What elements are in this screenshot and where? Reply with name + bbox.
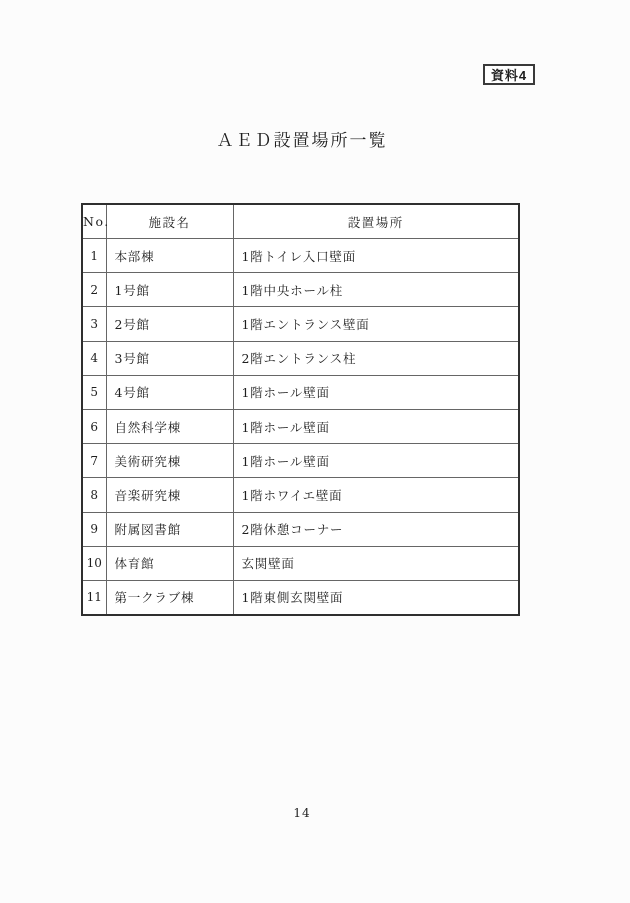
table-header-row: No. 施設名 設置場所 <box>82 204 519 239</box>
table-row: 2 1号館 1階中央ホール柱 <box>82 273 519 307</box>
column-header-facility: 施設名 <box>106 204 233 239</box>
cell-facility-name: 美術研究棟 <box>106 444 233 478</box>
table-row: 4 3号館 2階エントランス柱 <box>82 341 519 375</box>
table-row: 10 体育館 玄関壁面 <box>82 546 519 580</box>
table-row: 8 音楽研究棟 1階ホワイエ壁面 <box>82 478 519 512</box>
cell-row-number: 11 <box>82 580 106 615</box>
table-row: 6 自然科学棟 1階ホール壁面 <box>82 409 519 443</box>
cell-row-number: 2 <box>82 273 106 307</box>
cell-facility-name: 音楽研究棟 <box>106 478 233 512</box>
cell-installation-location: 2階エントランス柱 <box>233 341 519 375</box>
cell-facility-name: 本部棟 <box>106 239 233 273</box>
cell-row-number: 4 <box>82 341 106 375</box>
cell-installation-location: 1階東側玄関壁面 <box>233 580 519 615</box>
page-title: ＡＥＤ設置場所一覧 <box>0 126 604 151</box>
cell-facility-name: 自然科学棟 <box>106 409 233 443</box>
table-row: 3 2号館 1階エントランス壁面 <box>82 307 519 341</box>
cell-installation-location: 1階ホワイエ壁面 <box>233 478 519 512</box>
cell-installation-location: 1階ホール壁面 <box>233 409 519 443</box>
cell-row-number: 1 <box>82 239 106 273</box>
cell-installation-location: 1階中央ホール柱 <box>233 273 519 307</box>
column-header-location: 設置場所 <box>233 204 519 239</box>
cell-installation-location: 1階ホール壁面 <box>233 375 519 409</box>
cell-row-number: 8 <box>82 478 106 512</box>
table-row: 9 附属図書館 2階休憩コーナー <box>82 512 519 546</box>
document-label: 資料4 <box>491 65 527 84</box>
cell-row-number: 3 <box>82 307 106 341</box>
aed-locations-table: No. 施設名 設置場所 1 本部棟 1階トイレ入口壁面 2 1号館 1階中央ホ… <box>81 203 520 616</box>
cell-facility-name: 附属図書館 <box>106 512 233 546</box>
cell-row-number: 10 <box>82 546 106 580</box>
cell-facility-name: 3号館 <box>106 341 233 375</box>
document-label-box: 資料4 <box>483 64 535 85</box>
cell-installation-location: 1階トイレ入口壁面 <box>233 239 519 273</box>
table-row: 7 美術研究棟 1階ホール壁面 <box>82 444 519 478</box>
cell-facility-name: 4号館 <box>106 375 233 409</box>
cell-row-number: 5 <box>82 375 106 409</box>
cell-installation-location: 2階休憩コーナー <box>233 512 519 546</box>
cell-facility-name: 2号館 <box>106 307 233 341</box>
table-row: 11 第一クラブ棟 1階東側玄関壁面 <box>82 580 519 615</box>
cell-facility-name: 1号館 <box>106 273 233 307</box>
cell-installation-location: 玄関壁面 <box>233 546 519 580</box>
cell-installation-location: 1階エントランス壁面 <box>233 307 519 341</box>
cell-row-number: 9 <box>82 512 106 546</box>
table-row: 5 4号館 1階ホール壁面 <box>82 375 519 409</box>
cell-facility-name: 体育館 <box>106 546 233 580</box>
document-page: 資料4 ＡＥＤ設置場所一覧 No. 施設名 設置場所 1 本部棟 1階トイレ入口… <box>0 0 630 903</box>
cell-row-number: 6 <box>82 409 106 443</box>
column-header-no: No. <box>82 204 106 239</box>
table-row: 1 本部棟 1階トイレ入口壁面 <box>82 239 519 273</box>
cell-row-number: 7 <box>82 444 106 478</box>
cell-facility-name: 第一クラブ棟 <box>106 580 233 615</box>
page-number: 14 <box>0 806 604 820</box>
cell-installation-location: 1階ホール壁面 <box>233 444 519 478</box>
